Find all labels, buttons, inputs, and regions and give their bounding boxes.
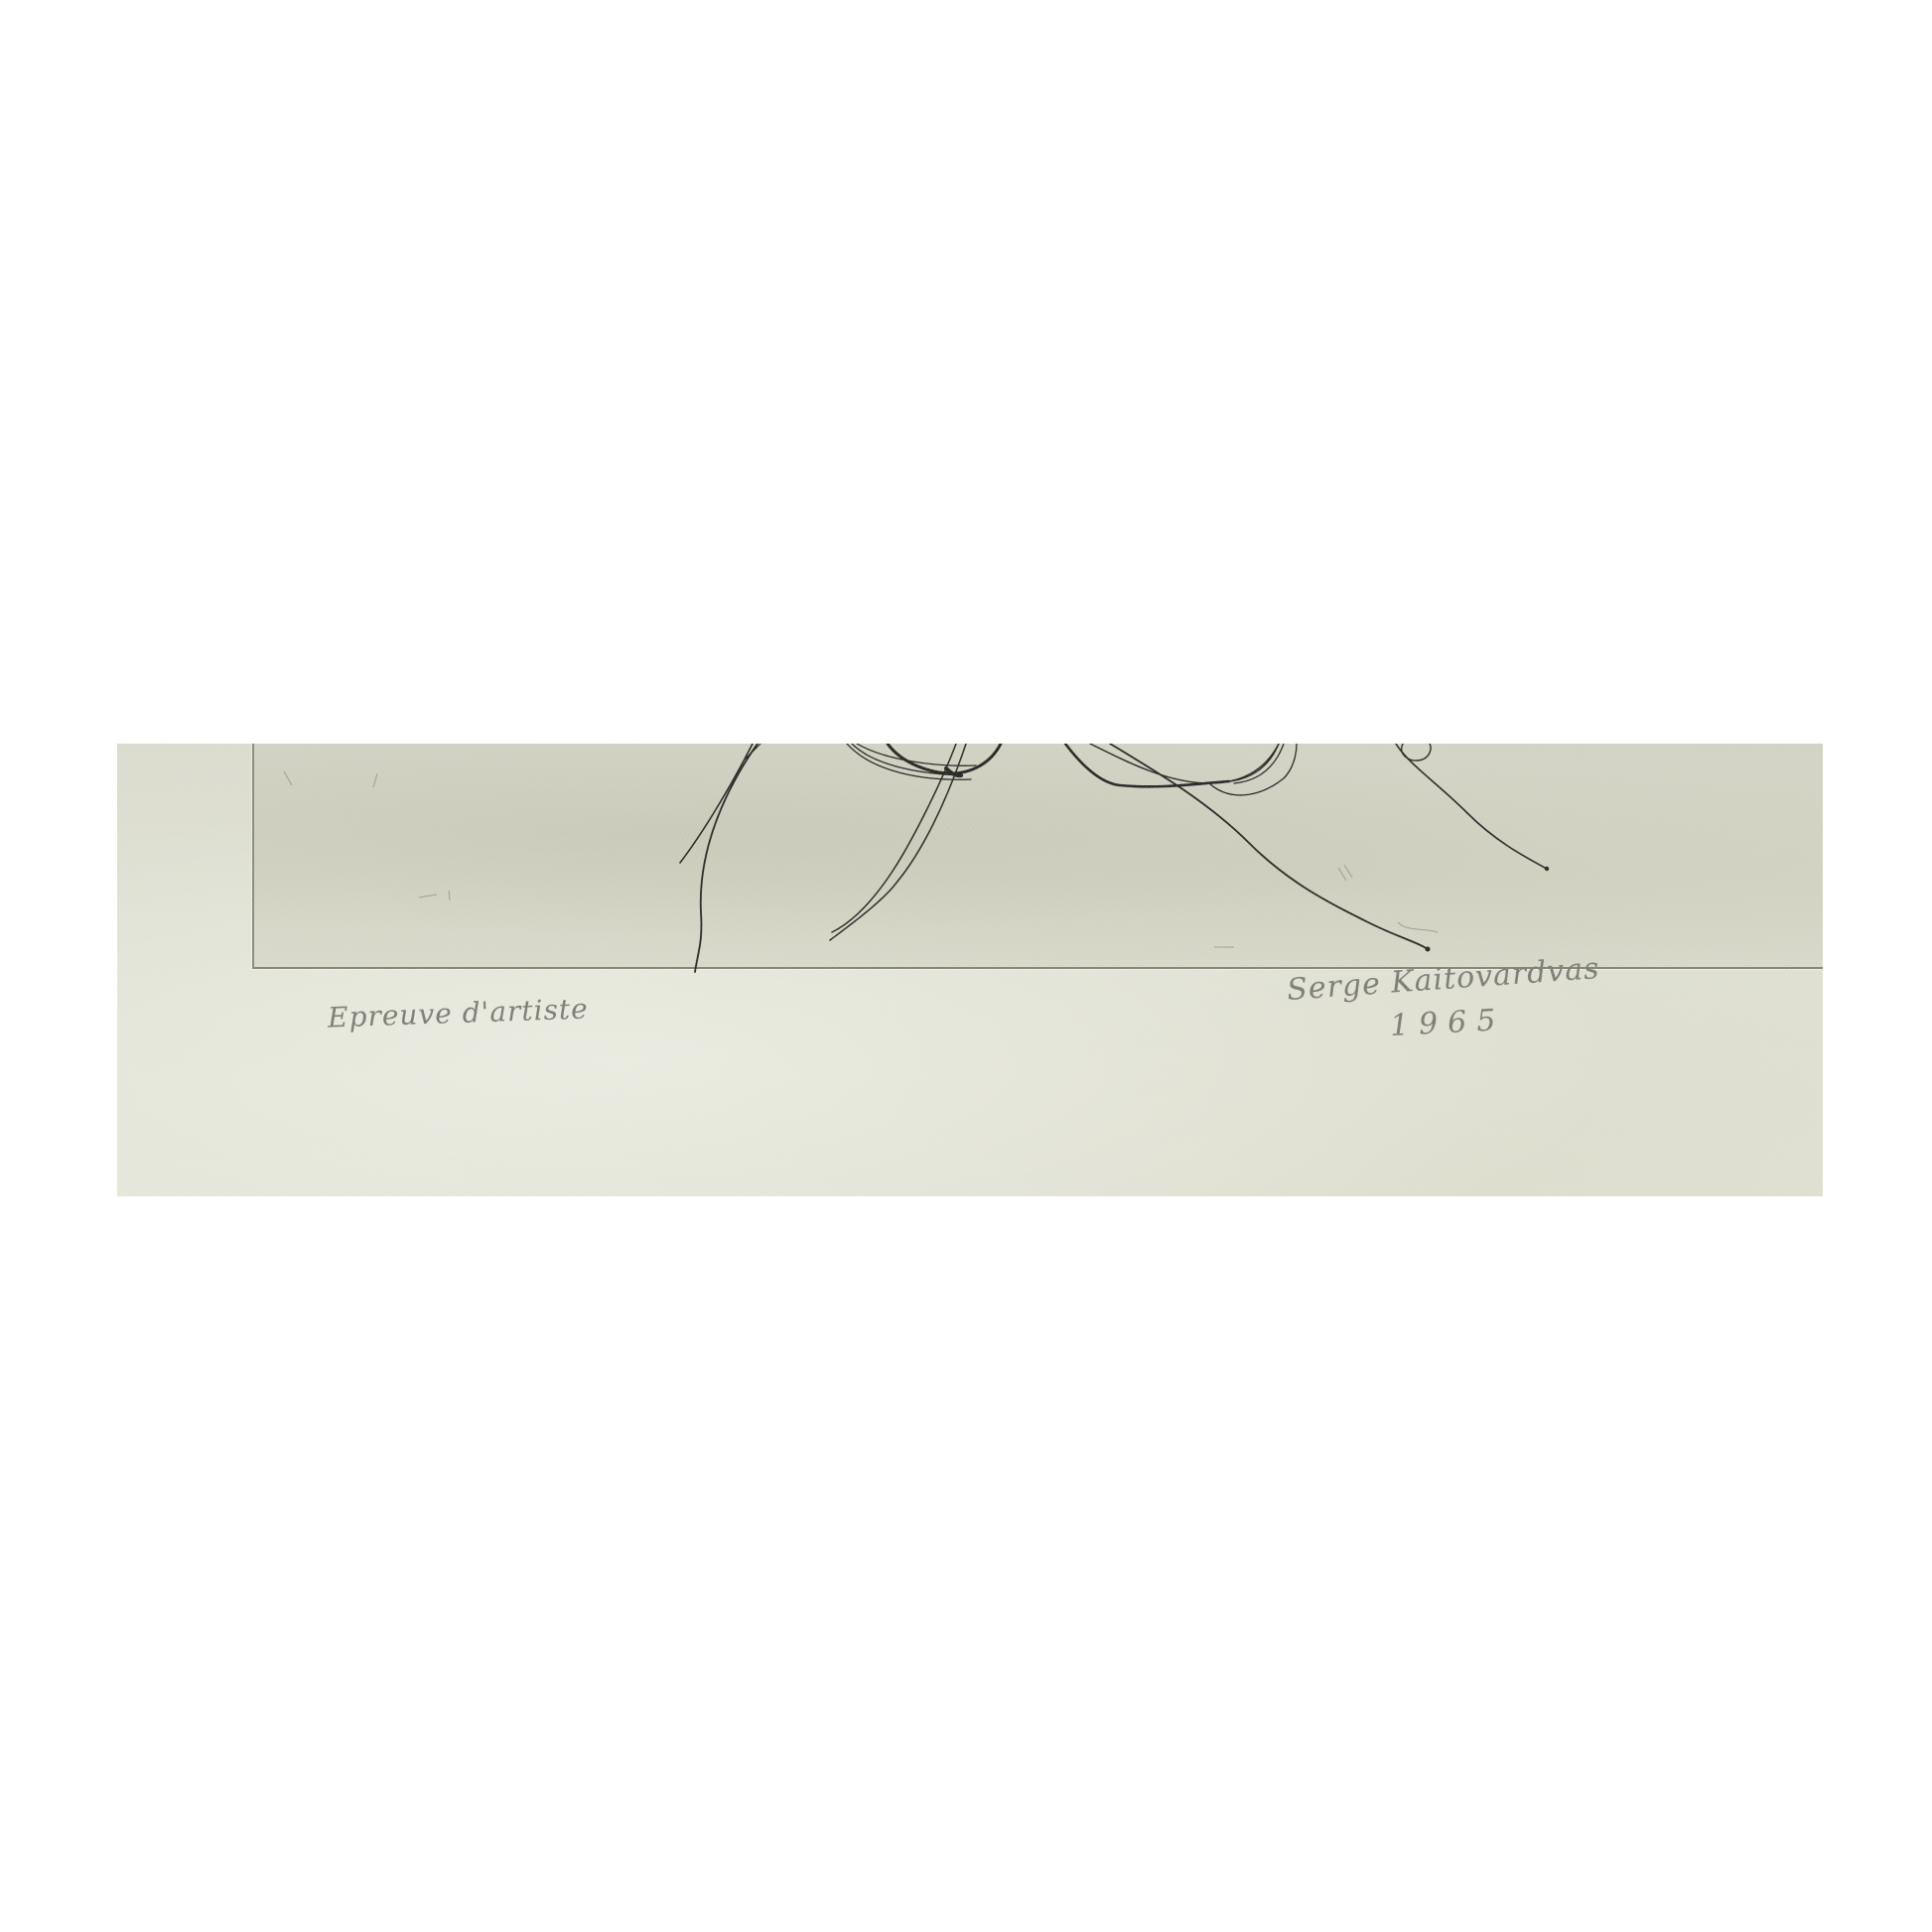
- plate-mark: [252, 744, 1823, 969]
- edition-inscription: Epreuve d'artiste: [328, 992, 590, 1034]
- date-inscription: 1965: [1389, 1003, 1506, 1043]
- paper-sheet: Epreuve d'artiste Serge Kaitovardvas 196…: [117, 744, 1823, 1196]
